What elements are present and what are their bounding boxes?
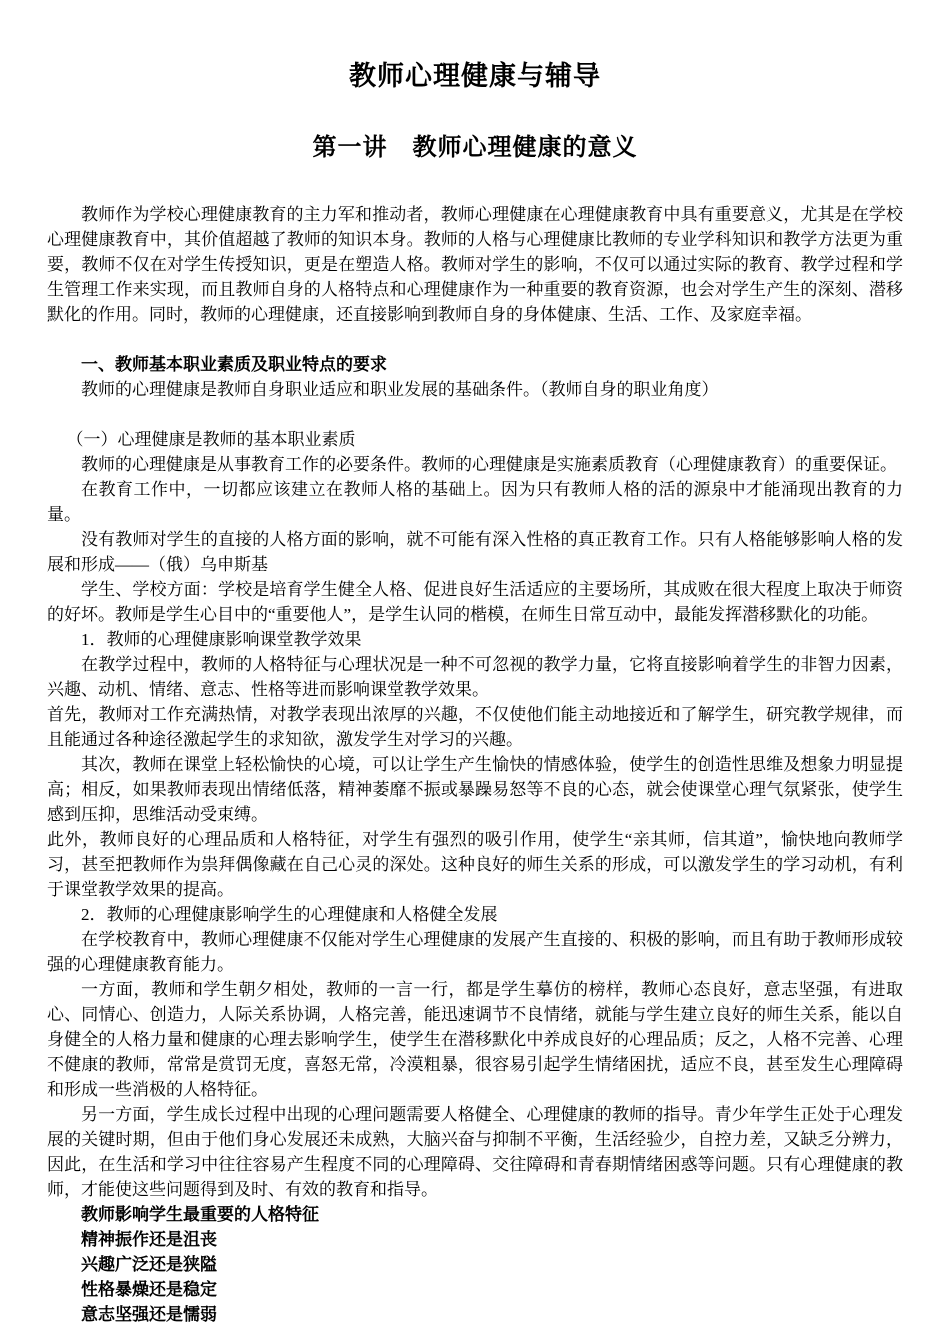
bold-list-item: 性格暴燥还是稳定 bbox=[47, 1277, 903, 1302]
paragraph: 教师的心理健康是从事教育工作的必要条件。教师的心理健康是实施素质教育（心理健康教… bbox=[47, 452, 903, 477]
bold-list-item: 兴趣广泛还是狭隘 bbox=[47, 1252, 903, 1277]
intro-paragraph: 教师作为学校心理健康教育的主力军和推动者，教师心理健康在心理健康教育中具有重要意… bbox=[47, 202, 903, 327]
document-page: 教师心理健康与辅导 第一讲 教师心理健康的意义 教师作为学校心理健康教育的主力军… bbox=[0, 0, 950, 1344]
lecture-title: 第一讲 教师心理健康的意义 bbox=[47, 131, 903, 165]
paragraph: 在学校教育中，教师心理健康不仅能对学生心理健康的发展产生直接的、积极的影响，而且… bbox=[47, 927, 903, 977]
paragraph: 一方面，教师和学生朝夕相处，教师的一言一行，都是学生摹仿的榜样，教师心态良好，意… bbox=[47, 977, 903, 1102]
quote-paragraph: 没有教师对学生的直接的人格方面的影响，就不可能有深入性格的真正教育工作。只有人格… bbox=[47, 527, 903, 577]
paragraph: 首先，教师对工作充满热情，对教学表现出浓厚的兴趣，不仅使他们能主动地接近和了解学… bbox=[47, 702, 903, 752]
bold-list-item: 精神振作还是沮丧 bbox=[47, 1227, 903, 1252]
paragraph: 学生、学校方面：学校是培育学生健全人格、促进良好生活适应的主要场所，其成败在很大… bbox=[47, 577, 903, 627]
bold-list-title: 教师影响学生最重要的人格特征 bbox=[47, 1202, 903, 1227]
point-2-heading: 2．教师的心理健康影响学生的心理健康和人格健全发展 bbox=[47, 902, 903, 927]
section-1-heading: 一、教师基本职业素质及职业特点的要求 bbox=[47, 352, 903, 377]
bold-list-item: 意志坚强还是懦弱 bbox=[47, 1302, 903, 1327]
subsection-1-heading: （一）心理健康是教师的基本职业素质 bbox=[47, 427, 903, 452]
section-1-lead-paragraph: 教师的心理健康是教师自身职业适应和职业发展的基础条件。（教师自身的职业角度） bbox=[47, 377, 903, 402]
paragraph: 在教学过程中，教师的人格特征与心理状况是一种不可忽视的教学力量，它将直接影响着学… bbox=[47, 652, 903, 702]
paragraph: 此外，教师良好的心理品质和人格特征，对学生有强烈的吸引作用，使学生“亲其师，信其… bbox=[47, 827, 903, 902]
paragraph: 其次，教师在课堂上轻松愉快的心境，可以让学生产生愉快的情感体验，使学生的创造性思… bbox=[47, 752, 903, 827]
document-body: 教师作为学校心理健康教育的主力军和推动者，教师心理健康在心理健康教育中具有重要意… bbox=[47, 202, 903, 1327]
document-title: 教师心理健康与辅导 bbox=[47, 58, 903, 94]
point-1-heading: 1．教师的心理健康影响课堂教学效果 bbox=[47, 627, 903, 652]
paragraph: 另一方面，学生成长过程中出现的心理问题需要人格健全、心理健康的教师的指导。青少年… bbox=[47, 1102, 903, 1202]
paragraph: 在教育工作中，一切都应该建立在教师人格的基础上。因为只有教师人格的活的源泉中才能… bbox=[47, 477, 903, 527]
